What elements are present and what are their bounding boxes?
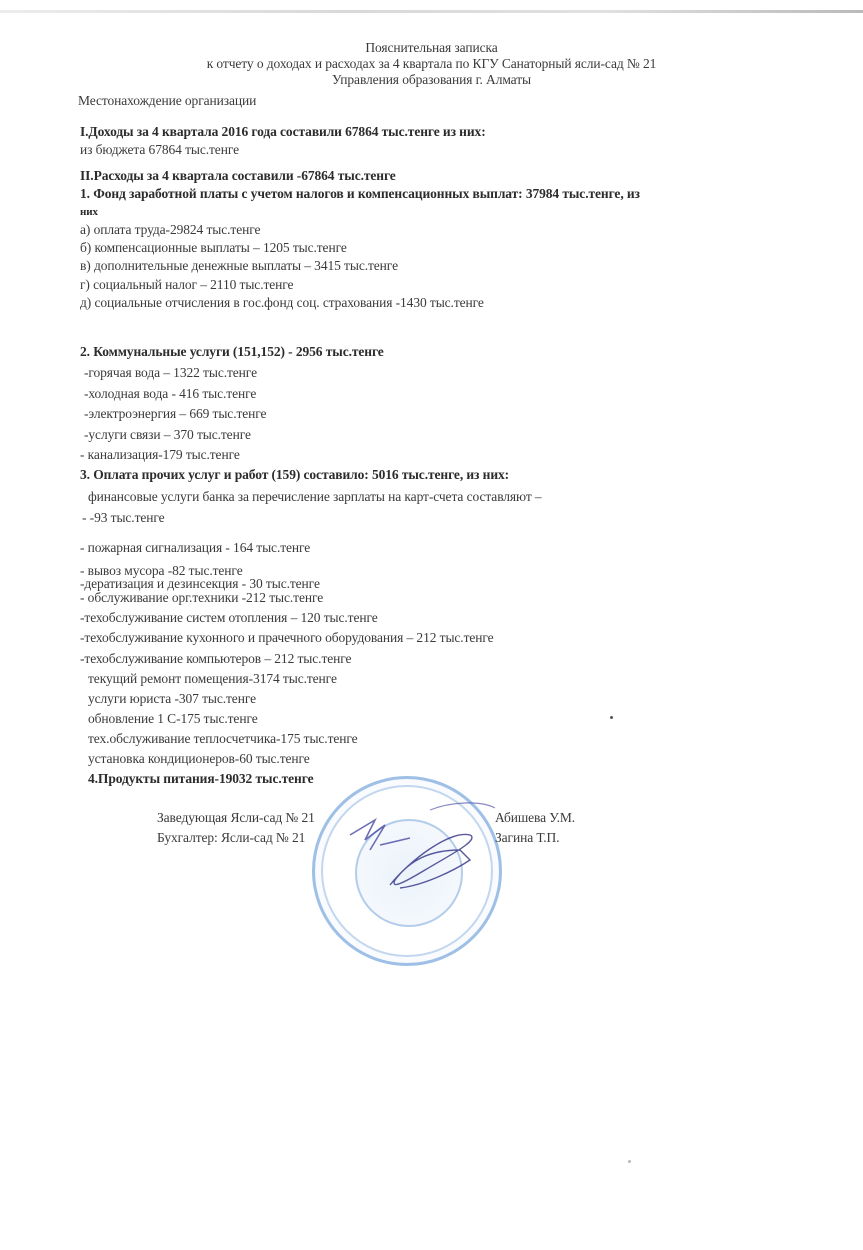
scan-speck	[628, 1160, 631, 1163]
payroll-item: д) социальные отчисления в гос.фонд соц.…	[80, 295, 484, 311]
scan-speck	[610, 716, 613, 719]
scan-edge	[0, 10, 863, 13]
payroll-item: а) оплата труда-29824 тыс.тенге	[80, 222, 260, 238]
income-budget: из бюджета 67864 тыс.тенге	[80, 142, 239, 158]
other-services-item: тех.обслуживание теплосчетчика-175 тыс.т…	[88, 731, 358, 747]
payroll-item: в) дополнительные денежные выплаты – 341…	[80, 258, 398, 274]
organization-name: Управления образования г. Алматы	[0, 72, 863, 88]
utilities-item: -холодная вода - 416 тыс.тенге	[84, 386, 256, 402]
other-services-item: текущий ремонт помещения-3174 тыс.тенге	[88, 671, 337, 687]
document-title: Пояснительная записка	[0, 40, 863, 56]
other-services-item: установка кондиционеров-60 тыс.тенге	[88, 751, 310, 767]
signature-scribble	[330, 790, 500, 900]
payroll-heading-cont: них	[80, 204, 98, 220]
other-services-item: услуги юриста -307 тыс.тенге	[88, 691, 256, 707]
income-heading: I.Доходы за 4 квартала 2016 года состави…	[80, 124, 486, 140]
payroll-heading: 1. Фонд заработной платы с учетом налого…	[80, 186, 640, 202]
head-label: Заведующая Ясли-сад № 21	[157, 810, 315, 826]
document-subtitle: к отчету о доходах и расходах за 4 кварт…	[0, 56, 863, 72]
utilities-item: -услуги связи – 370 тыс.тенге	[84, 427, 251, 443]
payroll-item: б) компенсационные выплаты – 1205 тыс.те…	[80, 240, 347, 256]
other-services-heading: 3. Оплата прочих услуг и работ (159) сос…	[80, 467, 509, 483]
accountant-label: Бухгалтер: Ясли-сад № 21	[157, 830, 305, 846]
expenses-heading: II.Расходы за 4 квартала составили -6786…	[80, 168, 396, 184]
food-heading: 4.Продукты питания-19032 тыс.тенге	[88, 771, 313, 787]
other-services-item: - обслуживание орг.техники -212 тыс.тенг…	[80, 590, 323, 606]
utilities-item: -электроэнергия – 669 тыс.тенге	[84, 406, 266, 422]
payroll-item: г) социальный налог – 2110 тыс.тенге	[80, 277, 293, 293]
other-services-item: обновление 1 С-175 тыс.тенге	[88, 711, 258, 727]
accountant-name: Загина Т.П.	[495, 830, 559, 846]
utilities-heading: 2. Коммунальные услуги (151,152) - 2956 …	[80, 344, 384, 360]
head-name: Абишева У.М.	[495, 810, 575, 826]
other-services-item: -техобслуживание кухонного и прачечного …	[80, 630, 494, 646]
location-label: Местонахождение организации	[78, 93, 256, 109]
other-services-item: -техобслуживание систем отопления – 120 …	[80, 610, 378, 626]
utilities-item: -горячая вода – 1322 тыс.тенге	[84, 365, 257, 381]
bank-services-line: финансовые услуги банка за перечисление …	[88, 489, 542, 505]
other-services-item: - пожарная сигнализация - 164 тыс.тенге	[80, 540, 310, 556]
bank-services-value: - -93 тыс.тенге	[82, 510, 165, 526]
utilities-item: - канализация-179 тыс.тенге	[80, 447, 240, 463]
other-services-item: -техобслуживание компьютеров – 212 тыс.т…	[80, 651, 351, 667]
